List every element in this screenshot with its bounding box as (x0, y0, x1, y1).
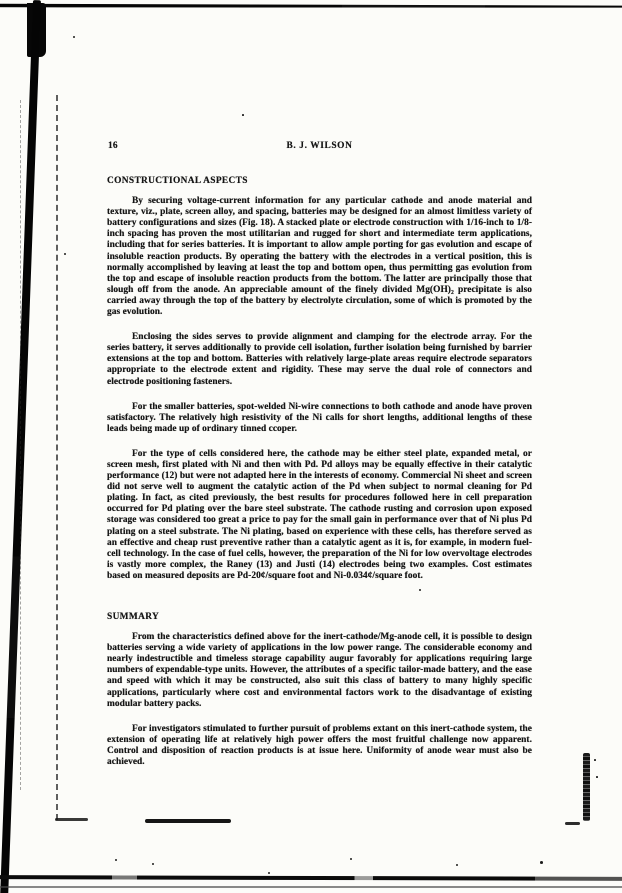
smudge-mark (145, 819, 231, 823)
binding-crease-line-faint (20, 100, 21, 790)
paragraph: For investigators stimulated to further … (107, 724, 532, 768)
section-heading-summary: SUMMARY (107, 612, 532, 623)
ink-speck (596, 776, 598, 778)
page-header: 16 B. J. WILSON (107, 141, 532, 152)
ink-speck (350, 858, 352, 860)
scan-bottom-edge-line (0, 875, 622, 881)
paragraph: Enclosing the sides serves to provide al… (107, 332, 532, 387)
ink-speck (594, 759, 596, 761)
scanned-page: 16 B. J. WILSON CONSTRUCTIONAL ASPECTS B… (0, 0, 622, 893)
scan-left-corner-mark (27, 3, 46, 57)
section-heading-constructional-aspects: CONSTRUCTIONAL ASPECTS (107, 176, 532, 187)
ink-speck (456, 864, 458, 866)
ink-speck (242, 114, 244, 116)
binding-crease-line (56, 95, 58, 820)
scan-top-edge-line (0, 3, 622, 8)
paragraph: For the type of cells considered here, t… (107, 449, 532, 582)
paragraph: By securing voltage-current information … (107, 196, 532, 318)
running-head-author: B. J. WILSON (287, 141, 353, 151)
ink-speck (115, 859, 117, 861)
page-number: 16 (108, 141, 118, 152)
text-column: 16 B. J. WILSON CONSTRUCTIONAL ASPECTS B… (107, 141, 532, 768)
ink-speck (540, 861, 543, 864)
scan-left-edge-line (0, 0, 41, 893)
scan-bottom-edge-line-faint (0, 886, 622, 888)
smudge-mark (55, 818, 88, 821)
illegible-vertical-stamp (583, 753, 590, 821)
ink-speck (64, 253, 66, 255)
ink-speck (268, 872, 270, 874)
paragraph: For the smaller batteries, spot-welded N… (107, 402, 532, 435)
smudge-mark (565, 822, 580, 825)
ink-speck (152, 863, 154, 865)
ink-speck (73, 36, 75, 38)
paragraph: From the characteristics defined above f… (107, 632, 532, 710)
